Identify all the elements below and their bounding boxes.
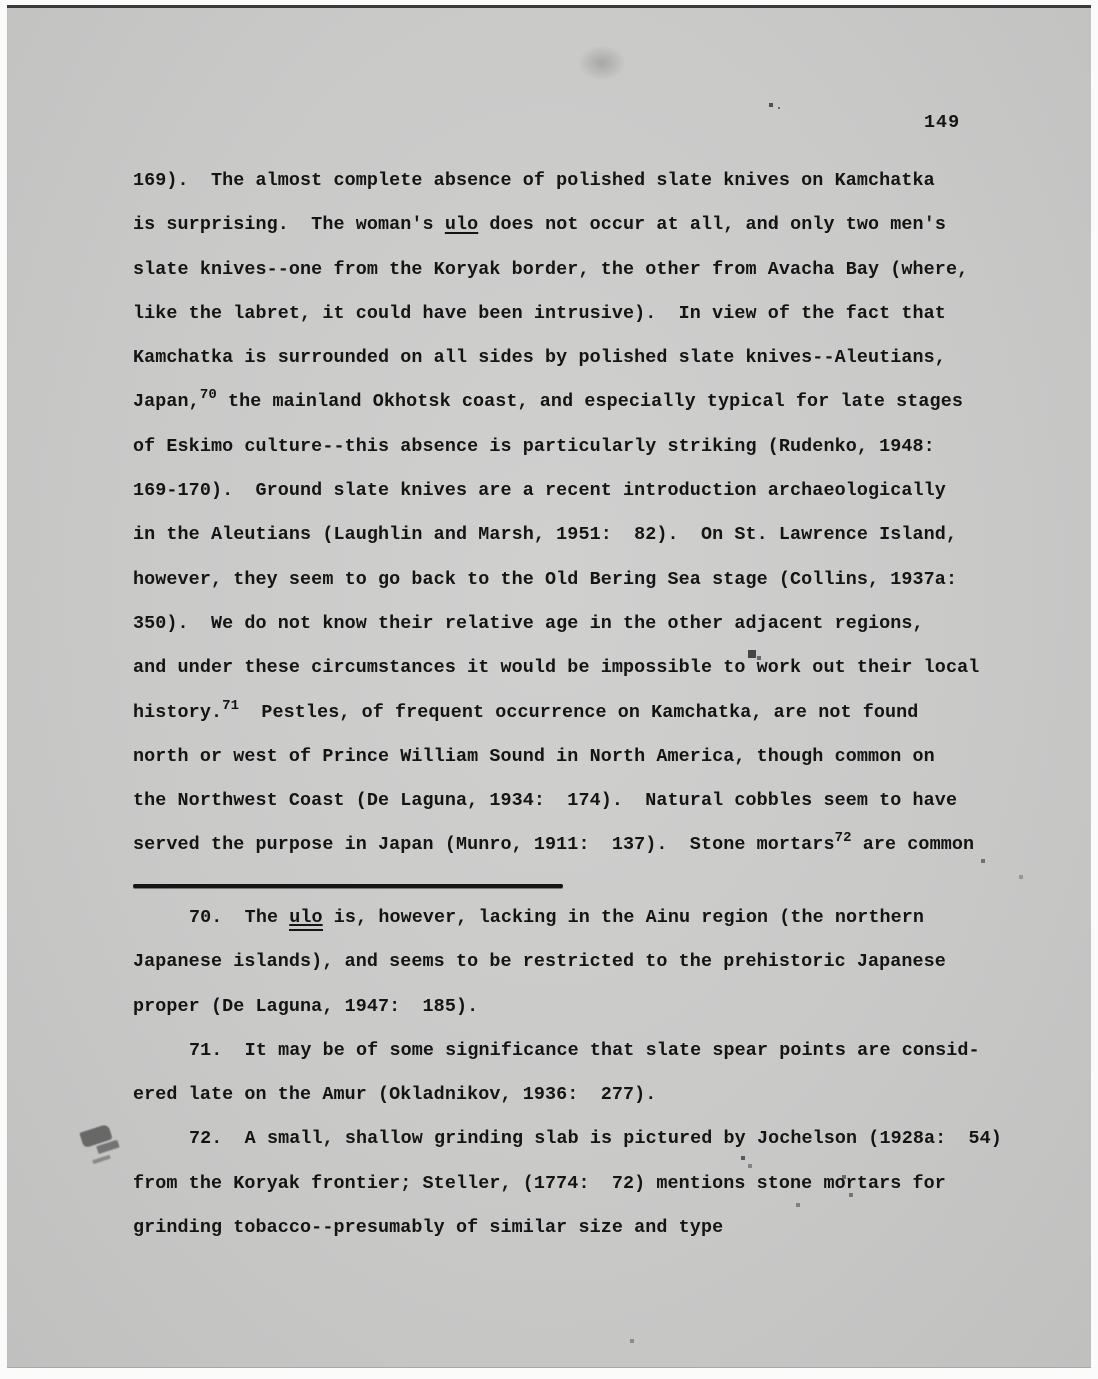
line-segment: is surprising. The woman's xyxy=(133,214,445,235)
line-segment: Pestles, of frequent occurrence on Kamch… xyxy=(239,702,918,723)
footnote-ref-70: 70 xyxy=(200,387,217,403)
scan-smudge xyxy=(579,46,625,80)
body-line: like the labret, it could have been intr… xyxy=(133,292,1063,336)
body-text: 169). The almost complete absence of pol… xyxy=(133,159,1063,868)
footnote-line: proper (De Laguna, 1947: 185). xyxy=(133,985,1063,1029)
line-segment: is, however, lacking in the Ainu region … xyxy=(323,907,924,928)
scan-noise-specks xyxy=(7,8,9,10)
footnotes-text: 70. The ulo is, however, lacking in the … xyxy=(133,896,1063,1250)
line-segment: 70. The xyxy=(189,907,289,928)
footnote-ref-72: 72 xyxy=(835,830,852,846)
line-segment: are common xyxy=(852,834,975,855)
line-segment: does not occur at all, and only two men'… xyxy=(478,214,946,235)
body-line: history.71 Pestles, of frequent occurren… xyxy=(133,691,1063,735)
footnote-line: Japanese islands), and seems to be restr… xyxy=(133,940,1063,984)
underlined-term-ulo: ulo xyxy=(445,214,478,235)
footnote-line: 70. The ulo is, however, lacking in the … xyxy=(133,896,1063,940)
footnote-line: ered late on the Amur (Okladnikov, 1936:… xyxy=(133,1073,1063,1117)
line-segment: the mainland Okhotsk coast, and especial… xyxy=(217,391,963,412)
body-line: 169-170). Ground slate knives are a rece… xyxy=(133,469,1063,513)
body-line: is surprising. The woman's ulo does not … xyxy=(133,203,1063,247)
footnote-line: 72. A small, shallow grinding slab is pi… xyxy=(133,1117,1063,1161)
footnote-ref-71: 71 xyxy=(222,698,239,714)
body-line: however, they seem to go back to the Old… xyxy=(133,558,1063,602)
line-segment: history. xyxy=(133,702,222,723)
body-line: 350). We do not know their relative age … xyxy=(133,602,1063,646)
body-line: slate knives--one from the Koryak border… xyxy=(133,248,1063,292)
body-line: the Northwest Coast (De Laguna, 1934: 17… xyxy=(133,779,1063,823)
footnote-line: from the Koryak frontier; Steller, (1774… xyxy=(133,1162,1063,1206)
footnote-line: 71. It may be of some significance that … xyxy=(133,1029,1063,1073)
body-line: Kamchatka is surrounded on all sides by … xyxy=(133,336,1063,380)
line-segment: served the purpose in Japan (Munro, 1911… xyxy=(133,834,835,855)
scanned-document-page: { "page": { "number": "149" }, "colors":… xyxy=(0,0,1098,1379)
line-segment: Japan, xyxy=(133,391,200,412)
body-line: 169). The almost complete absence of pol… xyxy=(133,159,1063,203)
body-line: in the Aleutians (Laughlin and Marsh, 19… xyxy=(133,513,1063,557)
footnote-separator-rule xyxy=(133,884,563,888)
body-line: north or west of Prince William Sound in… xyxy=(133,735,1063,779)
page-number: 149 xyxy=(924,112,960,133)
scanned-page-paper: 149 169). The almost complete absence of… xyxy=(7,5,1091,1368)
footnote-line: grinding tobacco--presumably of similar … xyxy=(133,1206,1063,1250)
body-line: Japan,70 the mainland Okhotsk coast, and… xyxy=(133,380,1063,424)
ink-mark-artifact xyxy=(79,1124,112,1148)
body-line: and under these circumstances it would b… xyxy=(133,646,1063,690)
underlined-term-ulo: ulo xyxy=(289,907,322,931)
body-line: of Eskimo culture--this absence is parti… xyxy=(133,425,1063,469)
body-line: served the purpose in Japan (Munro, 1911… xyxy=(133,823,1063,867)
